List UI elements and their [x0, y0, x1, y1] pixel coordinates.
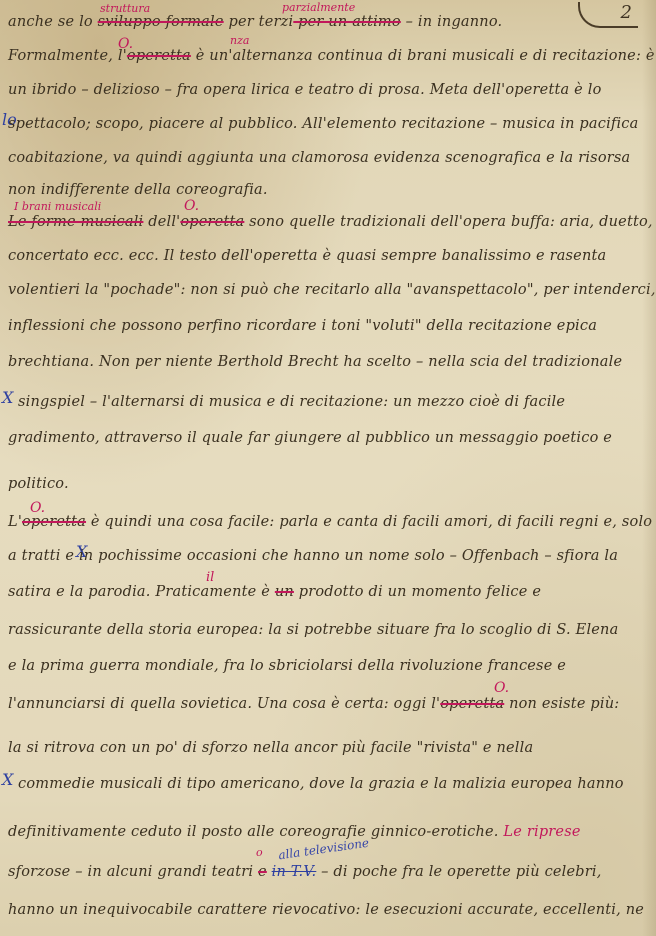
insert-red-il: il	[206, 570, 214, 585]
manuscript-line-1: anche se lo sviluppo formale per terzi p…	[8, 14, 646, 30]
line-text-red: Le riprese	[499, 824, 581, 840]
line-text: l'annunciarsi di quella sovietica. Una c…	[8, 696, 440, 712]
line-text: non esiste più:	[504, 696, 619, 712]
line-text: per terzi	[224, 14, 294, 30]
manuscript-line-16: a tratti e in pochissime occasioni che h…	[8, 548, 646, 564]
line-text: satira e la parodia. Praticamente è	[8, 584, 275, 600]
struck-text: operetta	[127, 48, 191, 64]
manuscript-line-7: Le forme musicali dell'operetta sono que…	[8, 214, 646, 230]
struck-text-blue: in T.V.	[272, 864, 317, 880]
manuscript-line-11: brechtiana. Non per niente Berthold Brec…	[8, 354, 646, 370]
manuscript-line-19: e la prima guerra mondiale, fra lo sbric…	[8, 658, 646, 674]
line-text: – di poche fra le operette più celebri,	[316, 864, 601, 880]
manuscript-line-2: Formalmente, l'operetta è un'alternanza …	[8, 48, 646, 64]
struck-text: operetta	[22, 514, 86, 530]
manuscript-line-21: la si ritrova con un po' di sforzo nella…	[8, 740, 646, 756]
struck-text: Le forme musicali	[8, 214, 143, 230]
line-text: sforzose – in alcuni grandi teatri	[8, 864, 258, 880]
insert-red-parzialmente: parzialmente	[282, 1, 355, 14]
manuscript-line-24: sforzose – in alcuni grandi teatri e in …	[8, 864, 646, 880]
manuscript-line-12: singspiel – l'alternarsi di musica e di …	[18, 394, 646, 410]
manuscript-line-22: commedie musicali di tipo americano, dov…	[18, 776, 646, 792]
insert-red-o: O.	[494, 680, 509, 696]
manuscript-line-13: gradimento, attraverso il quale far giun…	[8, 430, 646, 446]
manuscript-line-6: non indifferente della coreografia.	[8, 182, 646, 198]
manuscript-line-25: hanno un inequivocabile carattere rievoc…	[8, 902, 646, 918]
line-text: è quindi una cosa facile: parla e canta …	[86, 514, 652, 530]
manuscript-line-20: l'annunciarsi di quella sovietica. Una c…	[8, 696, 646, 712]
line-text: dell'	[143, 214, 180, 230]
struck-text: e	[258, 864, 267, 880]
struck-text: sviluppo formale	[98, 14, 224, 30]
line-text: prodotto di un momento felice e	[294, 584, 541, 600]
manuscript-line-5: coabitazione, va quindi aggiunta una cla…	[8, 150, 646, 166]
line-text: L'	[8, 514, 22, 530]
struck-text: operetta	[180, 214, 244, 230]
line-text: anche se lo	[8, 14, 98, 30]
manuscript-line-23: definitivamente ceduto il posto alle cor…	[8, 824, 646, 840]
line-text: – in inganno.	[401, 14, 503, 30]
manuscript-line-8: concertato ecc. ecc. Il testo dell'opere…	[8, 248, 646, 264]
line-text: sono quelle tradizionali dell'opera buff…	[244, 214, 652, 230]
insert-red-o: O.	[184, 198, 199, 214]
manuscript-line-10: inflessioni che possono perfino ricordar…	[8, 318, 646, 334]
margin-mark-x: X	[2, 770, 13, 789]
manuscript-page: 2 struttura parzialmente anche se lo svi…	[0, 0, 656, 936]
manuscript-line-17: satira e la parodia. Praticamente è un p…	[8, 584, 646, 600]
struck-text: per un attimo	[293, 14, 401, 30]
struck-text: un	[275, 584, 294, 600]
manuscript-line-15: L'operetta è quindi una cosa facile: par…	[8, 514, 646, 530]
struck-text: operetta	[440, 696, 504, 712]
line-text: Formalmente, l'	[8, 48, 127, 64]
insert-red-nza: nza	[230, 34, 249, 47]
insert-red-brani-musicali: I brani musicali	[14, 200, 101, 213]
manuscript-line-14: politico.	[8, 476, 646, 492]
line-text: definitivamente ceduto il posto alle cor…	[8, 824, 499, 840]
line-text: è un'alternanza continua di brani musica…	[191, 48, 655, 64]
insert-red-o: o	[256, 846, 263, 859]
manuscript-line-18: rassicurante della storia europea: la si…	[8, 622, 646, 638]
manuscript-line-3: un ibrido – delizioso – fra opera lirica…	[8, 82, 646, 98]
margin-mark-x: X	[2, 388, 13, 407]
manuscript-line-4: spettacolo; scopo, piacere al pubblico. …	[8, 116, 646, 132]
manuscript-line-9: volentieri la "pochade": non si può che …	[8, 282, 646, 298]
